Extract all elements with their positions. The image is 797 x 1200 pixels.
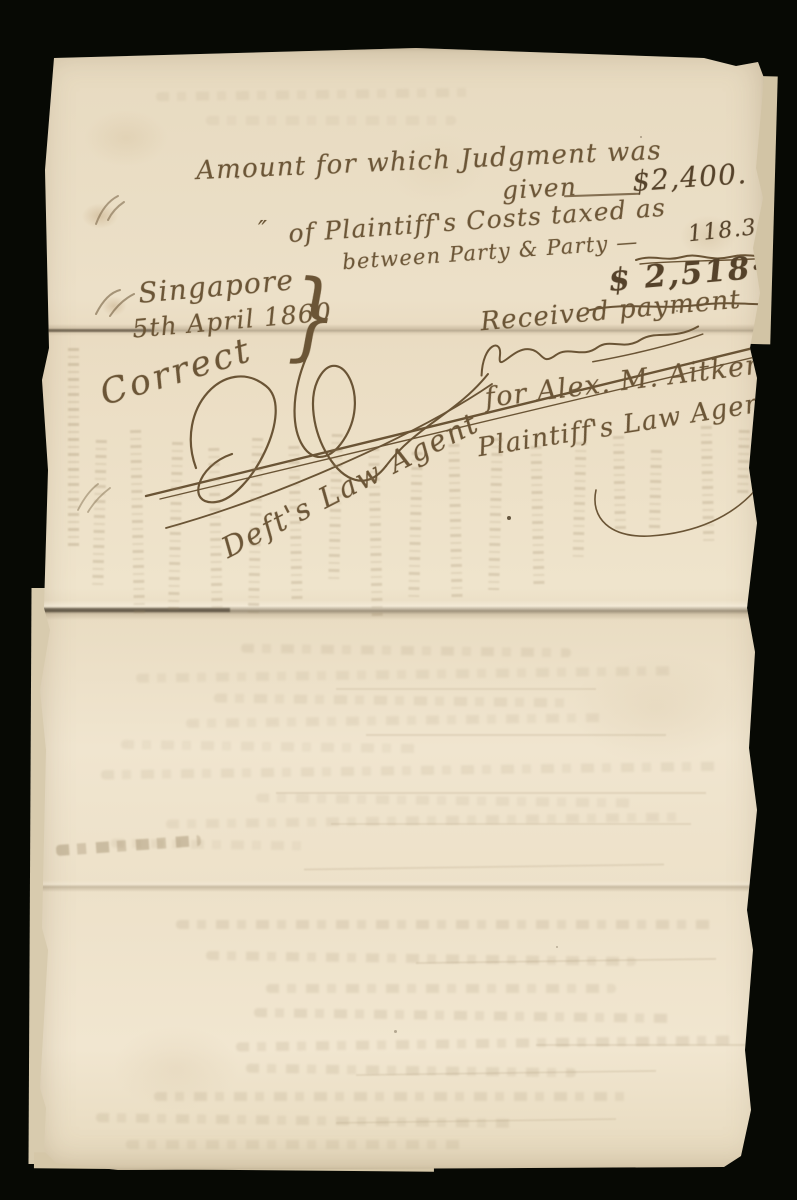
bleedthrough-column: [737, 430, 750, 496]
ink-speck: [507, 516, 511, 520]
bleedthrough-line: [166, 812, 686, 828]
bleedthrough-line: [186, 713, 606, 728]
photograph-background: { "doc": { "amount_line": "Amount for wh…: [0, 0, 797, 1200]
ditto-mark: ″: [258, 216, 268, 244]
bleedthrough-line: [366, 734, 666, 736]
amount-line: Amount for which Judgment was: [196, 136, 663, 186]
bleedthrough-line: [266, 984, 616, 993]
bleedthrough-line: [156, 88, 476, 101]
bleedthrough-line: [536, 1044, 766, 1046]
bleedthrough-line: [276, 792, 706, 794]
bleedthrough-line: [336, 688, 596, 690]
ink-speck: [556, 946, 558, 948]
bleedthrough-line: [101, 762, 721, 780]
bleedthrough-line: [176, 920, 716, 929]
bleedthrough-line: [136, 666, 676, 683]
bleedthrough-line: [154, 1092, 634, 1101]
bleedthrough-line: [304, 863, 664, 870]
bleedthrough-column: [613, 436, 626, 534]
bleedthrough-line: [206, 951, 636, 966]
bleedthrough-line: [246, 1064, 576, 1078]
bleedthrough-line: [331, 823, 691, 825]
bleedthrough-line: [121, 740, 421, 753]
bleedthrough-line: [254, 1008, 674, 1023]
bleedthrough-line: [256, 793, 636, 807]
margin-ink-curl-3: [72, 476, 112, 516]
margin-ink-curl-1: [88, 190, 128, 230]
bleedthrough-line: [241, 644, 571, 658]
ink-speck: [640, 136, 642, 138]
bleedthrough-line: [214, 693, 574, 707]
bleedthrough-column: [328, 434, 343, 582]
ink-speck: [236, 176, 239, 179]
bleedthrough-column: [488, 438, 503, 590]
manuscript-page: Amount for which Judgment was given $2,4…: [36, 48, 766, 1170]
bleedthrough-line: [126, 1140, 466, 1149]
bleedthrough-line: [206, 116, 456, 125]
bleedthrough-column: [130, 430, 145, 615]
fold-crease-lower: [36, 880, 766, 892]
margin-ink-curl-2: [92, 284, 136, 320]
bleedthrough-column: [649, 450, 662, 528]
margin-docket-ghost: [68, 348, 79, 548]
bleedthrough-column: [92, 440, 107, 590]
ink-speck: [676, 310, 678, 312]
ink-speck: [394, 1030, 397, 1033]
bleedthrough-column: [408, 452, 423, 600]
